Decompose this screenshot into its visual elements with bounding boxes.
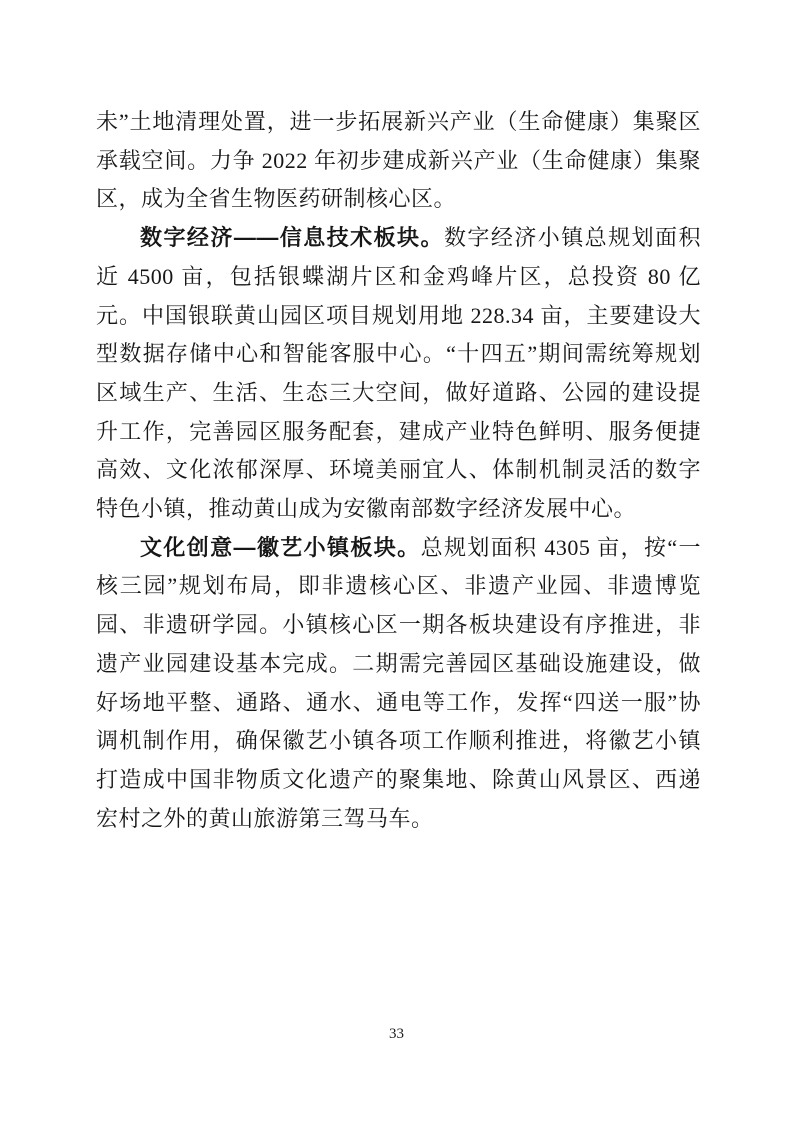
document-page: 未”土地清理处置，进一步拓展新兴产业（生命健康）集聚区承载空间。力争 2022 … <box>0 0 793 1122</box>
paragraph-lead: 数字经济——信息技术板块。 <box>140 225 444 250</box>
paragraph-lead: 文化创意—徽艺小镇板块。 <box>140 535 421 560</box>
paragraph-digital-economy: 数字经济——信息技术板块。数字经济小镇总规划面积近 4500 亩，包括银蝶湖片区… <box>96 219 701 529</box>
paragraph-text: 总规划面积 4305 亩，按“一核三园”规划布局，即非遗核心区、非遗产业园、非遗… <box>96 535 701 831</box>
paragraph-cultural-creativity: 文化创意—徽艺小镇板块。总规划面积 4305 亩，按“一核三园”规划布局，即非遗… <box>96 529 701 839</box>
paragraph-continued: 未”土地清理处置，进一步拓展新兴产业（生命健康）集聚区承载空间。力争 2022 … <box>96 103 701 219</box>
page-number: 33 <box>0 1024 793 1044</box>
paragraph-text: 未”土地清理处置，进一步拓展新兴产业（生命健康）集聚区承载空间。力争 2022 … <box>96 109 701 211</box>
paragraph-text: 数字经济小镇总规划面积近 4500 亩，包括银蝶湖片区和金鸡峰片区，总投资 80… <box>96 225 701 521</box>
document-body: 未”土地清理处置，进一步拓展新兴产业（生命健康）集聚区承载空间。力争 2022 … <box>96 103 701 838</box>
